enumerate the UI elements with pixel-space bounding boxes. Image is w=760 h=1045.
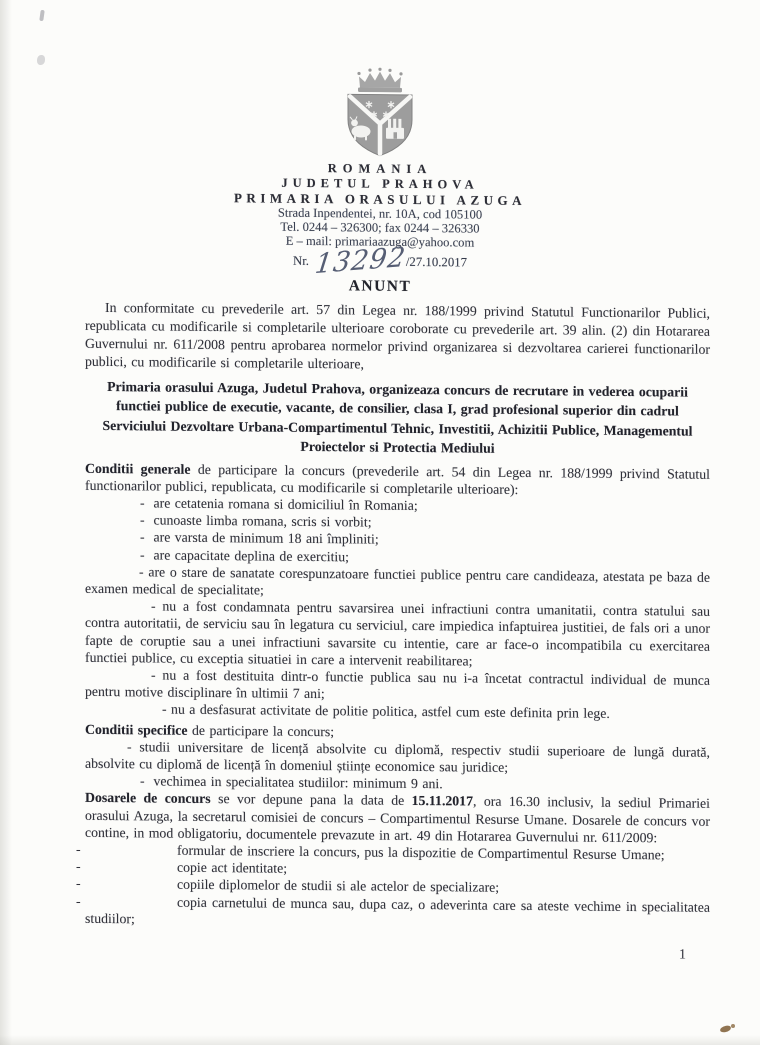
scan-speck (731, 1024, 735, 1028)
factory-icon (386, 119, 404, 139)
page-number: 1 (85, 941, 710, 964)
general-conditions-heading: Conditii generale (85, 460, 190, 476)
dossier-text: se vor depune pana la data de (211, 791, 412, 808)
scan-speck (719, 1025, 731, 1033)
list-item-text: copie act identitate; (177, 860, 287, 876)
scanned-document-page: ROMANIA JUDETUL PRAHOVA PRIMARIA ORASULU… (0, 0, 760, 965)
list-dash: - (76, 858, 81, 875)
document-body: In conformitate cu prevederile art. 57 d… (0, 298, 760, 965)
list-item-text: copiile diplomelor de studii si ale acte… (177, 877, 499, 895)
registration-line: Nr.13292/27.10.2017 (0, 249, 760, 276)
announcement-paragraph: Primaria orasului Azuga, Judetul Prahova… (85, 376, 710, 460)
list-dash: - (76, 892, 81, 909)
list-item-text: copia carnetului de munca sau, dupa caz,… (85, 894, 710, 926)
azuga-coat-of-arms-icon (342, 67, 418, 158)
crown-icon (357, 67, 402, 92)
dossier-paragraph: Dosarele de concurs se vor depune pana l… (85, 789, 710, 847)
registration-date: /27.10.2017 (406, 255, 467, 270)
intro-paragraph: In conformitate cu prevederile art. 57 d… (85, 298, 710, 376)
dossier-heading: Dosarele de concurs (85, 790, 211, 806)
list-dash: - (76, 841, 81, 858)
list-dash: - (76, 875, 81, 892)
dossier-deadline-date: 15.11.2017 (412, 793, 473, 809)
list-item: -copia carnetului de munca sau, dupa caz… (85, 893, 710, 933)
document-title: ANUNT (0, 274, 760, 299)
specific-conditions-intro-text: de participare la concurs; (188, 722, 335, 738)
scan-edge-shading-bottom (0, 1035, 760, 1045)
list-item: - nu a fost condamnata pentru savarsirea… (85, 597, 710, 672)
registration-label: Nr. (293, 253, 309, 267)
registration-number-handwritten: 13292 (315, 252, 407, 269)
letterhead: ROMANIA JUDETUL PRAHOVA PRIMARIA ORASULU… (0, 0, 760, 276)
specific-conditions-heading: Conditii specifice (85, 721, 188, 737)
